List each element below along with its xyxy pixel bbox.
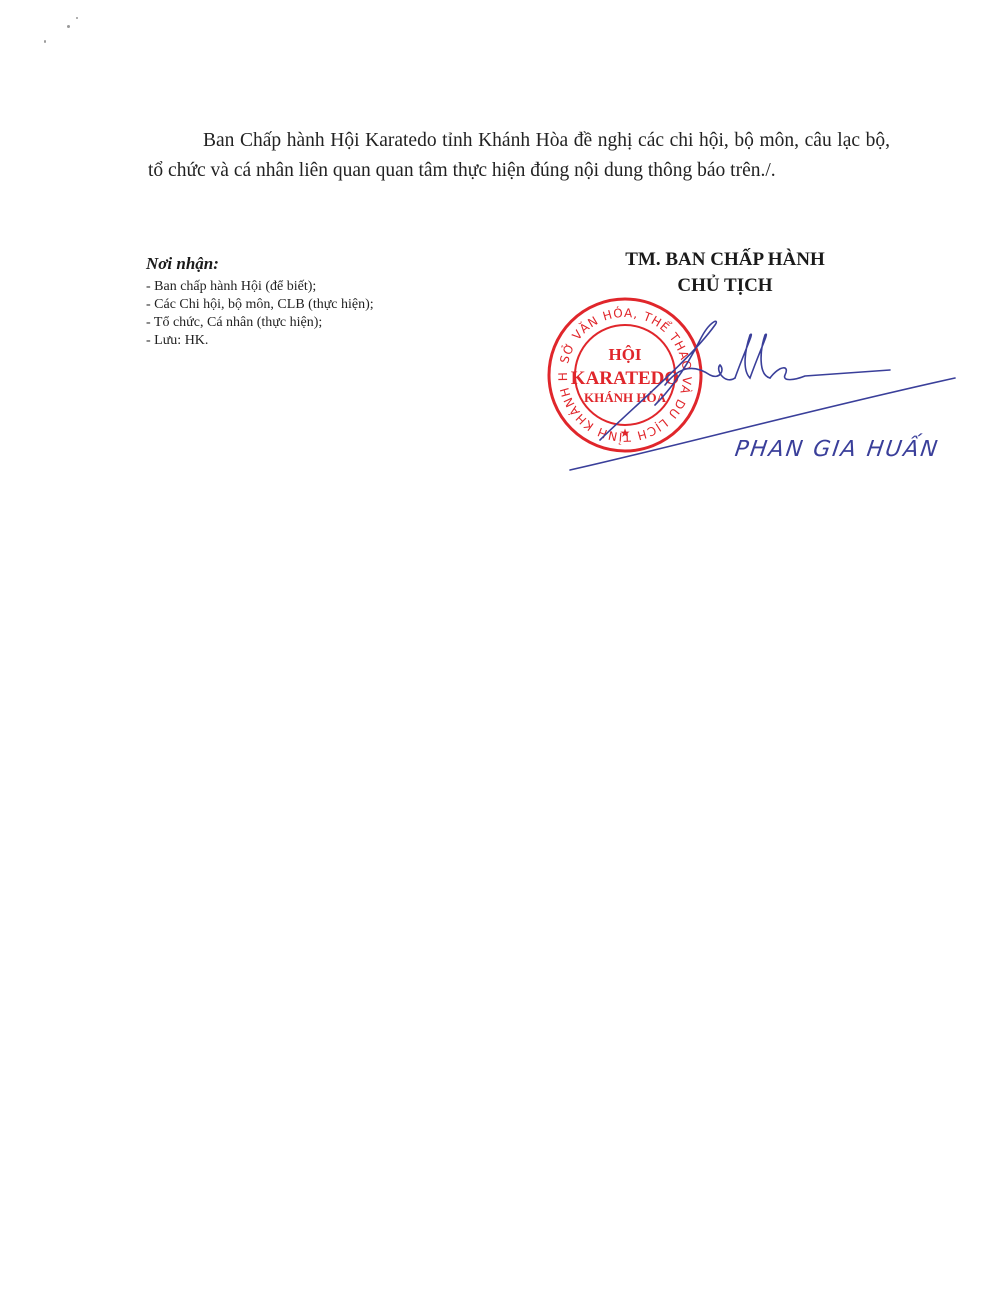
scan-speck xyxy=(44,40,46,43)
recipient-item: - Tổ chức, Cá nhân (thực hiện); xyxy=(146,314,486,332)
signature-block: TM. BAN CHẤP HÀNH CHỦ TỊCH xyxy=(590,247,860,299)
recipients-block: Nơi nhận: - Ban chấp hành Hội (để biết);… xyxy=(146,254,486,350)
closing-paragraph-text: Ban Chấp hành Hội Karatedo tỉnh Khánh Hò… xyxy=(148,130,890,181)
recipients-title: Nơi nhận: xyxy=(146,254,486,274)
closing-paragraph: Ban Chấp hành Hội Karatedo tỉnh Khánh Hò… xyxy=(148,126,890,186)
scan-speck xyxy=(76,17,78,19)
document-page: Ban Chấp hành Hội Karatedo tỉnh Khánh Hò… xyxy=(0,0,1000,1294)
signature-title: TM. BAN CHẤP HÀNH xyxy=(590,247,860,273)
signer-name: PHAN GIA HUẤN xyxy=(733,437,941,462)
recipient-item: - Các Chi hội, bộ môn, CLB (thực hiện); xyxy=(146,296,486,314)
scan-speck xyxy=(67,25,70,28)
recipient-item: - Ban chấp hành Hội (để biết); xyxy=(146,278,486,296)
recipient-item: - Lưu: HK. xyxy=(146,332,486,350)
